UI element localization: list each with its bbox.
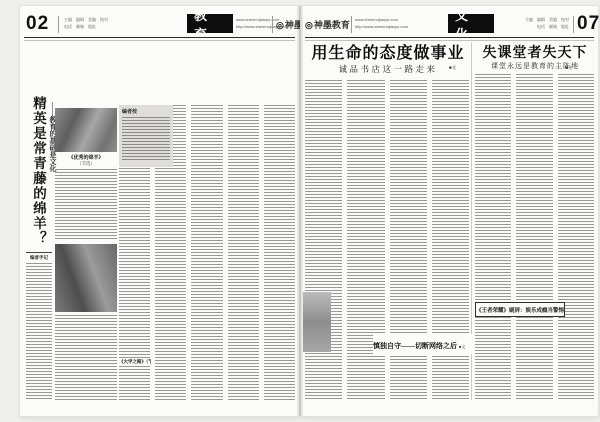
photo1-caption-note: （节选） xyxy=(55,161,117,167)
boxed-sub-headline-text: 《王者荣耀》刷屏：娱乐成瘾当警惕 xyxy=(476,306,564,314)
masthead-rule xyxy=(24,37,295,38)
brand-logo-icon: ◎ xyxy=(276,20,284,30)
masthead-website: www.shenmojiaoyu.com http://www.shenmoji… xyxy=(355,17,408,31)
article2-byline: ■文 xyxy=(565,65,572,71)
photo-students-bottom xyxy=(55,244,117,312)
photo-small-inset xyxy=(303,292,331,352)
body-columns-article2 xyxy=(475,74,594,400)
masthead-rule xyxy=(305,37,594,38)
brand-logo-text: 神墨教育 xyxy=(314,20,350,30)
masthead-contact: 电话 邮箱 地址 xyxy=(64,24,108,31)
text-column xyxy=(558,74,594,400)
article2-subtitle: 课堂永远是教育的主阵地 xyxy=(475,61,595,71)
photo-classroom-top xyxy=(55,108,117,152)
page-culture: ◎神墨教育 www.shenmojiaoyu.com http://www.sh… xyxy=(301,6,598,416)
text-column xyxy=(475,74,511,400)
masthead-rule-thin xyxy=(24,40,295,41)
masthead-divider xyxy=(272,16,273,33)
masthead-divider xyxy=(58,16,59,33)
masthead-contact: 电话 邮箱 地址 xyxy=(521,24,569,31)
masthead-roles: 主编 编辑 美编 校对 xyxy=(64,17,108,24)
text-column xyxy=(55,169,117,241)
photo1-caption-title: 《优秀的绵羊》 xyxy=(55,154,117,161)
lead-label: 编者手记 xyxy=(26,255,52,261)
page-number-left: 02 xyxy=(26,13,49,35)
text-column xyxy=(55,315,117,401)
masthead-staff-info: 主编 编辑 美编 校对 电话 邮箱 地址 xyxy=(64,17,108,31)
newspaper-scan: 02 主编 编辑 美编 校对 电话 邮箱 地址 教育 www.shenmojia… xyxy=(0,0,600,422)
editor-note-box: 编者按 xyxy=(119,105,173,167)
text-column xyxy=(516,74,552,400)
text-column xyxy=(26,263,52,400)
masthead-staff-info: 主编 编辑 美编 校对 电话 邮箱 地址 xyxy=(521,17,569,31)
masthead-roles: 主编 编辑 美编 校对 xyxy=(521,17,569,24)
boxed-sub-headline: 《王者荣耀》刷屏：娱乐成瘾当警惕 xyxy=(475,302,565,317)
text-column xyxy=(264,105,295,400)
text-column xyxy=(191,105,222,400)
editor-note-label: 编者按 xyxy=(122,108,170,115)
section-title-culture: 文化 xyxy=(448,14,494,33)
masthead-divider xyxy=(573,16,574,33)
website-line1: www.shenmojiaoyu.com xyxy=(355,17,408,24)
page-education: 02 主编 编辑 美编 校对 电话 邮箱 地址 教育 www.shenmojia… xyxy=(20,6,299,416)
masthead-divider xyxy=(351,16,352,33)
photo-column: 《优秀的绵羊》 （节选） xyxy=(55,108,117,400)
text-column xyxy=(122,117,170,161)
photo2-caption-title: 《大学之路》（节选） xyxy=(119,358,151,366)
text-column xyxy=(228,105,259,400)
section-title-education: 教育 xyxy=(187,14,233,33)
text-column xyxy=(305,80,342,400)
lead-column: 编者手记 xyxy=(26,252,52,400)
bottom-sub-headline-byline: ■文 xyxy=(459,344,465,349)
article1-subtitle: 诚品书店这一路走来 xyxy=(305,63,471,75)
bottom-sub-headline-text: 慎独自守——切断网络之后 xyxy=(373,342,457,350)
brand-logo: ◎神墨教育 xyxy=(305,18,350,31)
brand-logo-icon: ◎ xyxy=(305,20,313,30)
article1-byline: ■文 xyxy=(449,65,456,71)
website-line2: http://www.shenmojiaoyu.com xyxy=(355,24,408,31)
page-number-right: 07 xyxy=(577,13,600,35)
article1-headline: 用生命的态度做事业 xyxy=(305,40,471,63)
vertical-headline: 精英是常青藤的绵羊？ xyxy=(28,96,48,246)
page-fold-shadow xyxy=(297,6,303,416)
bottom-sub-headline: 慎独自守——切断网络之后■文 xyxy=(373,334,472,354)
article2-headline: 失课堂者失天下 xyxy=(475,42,595,62)
